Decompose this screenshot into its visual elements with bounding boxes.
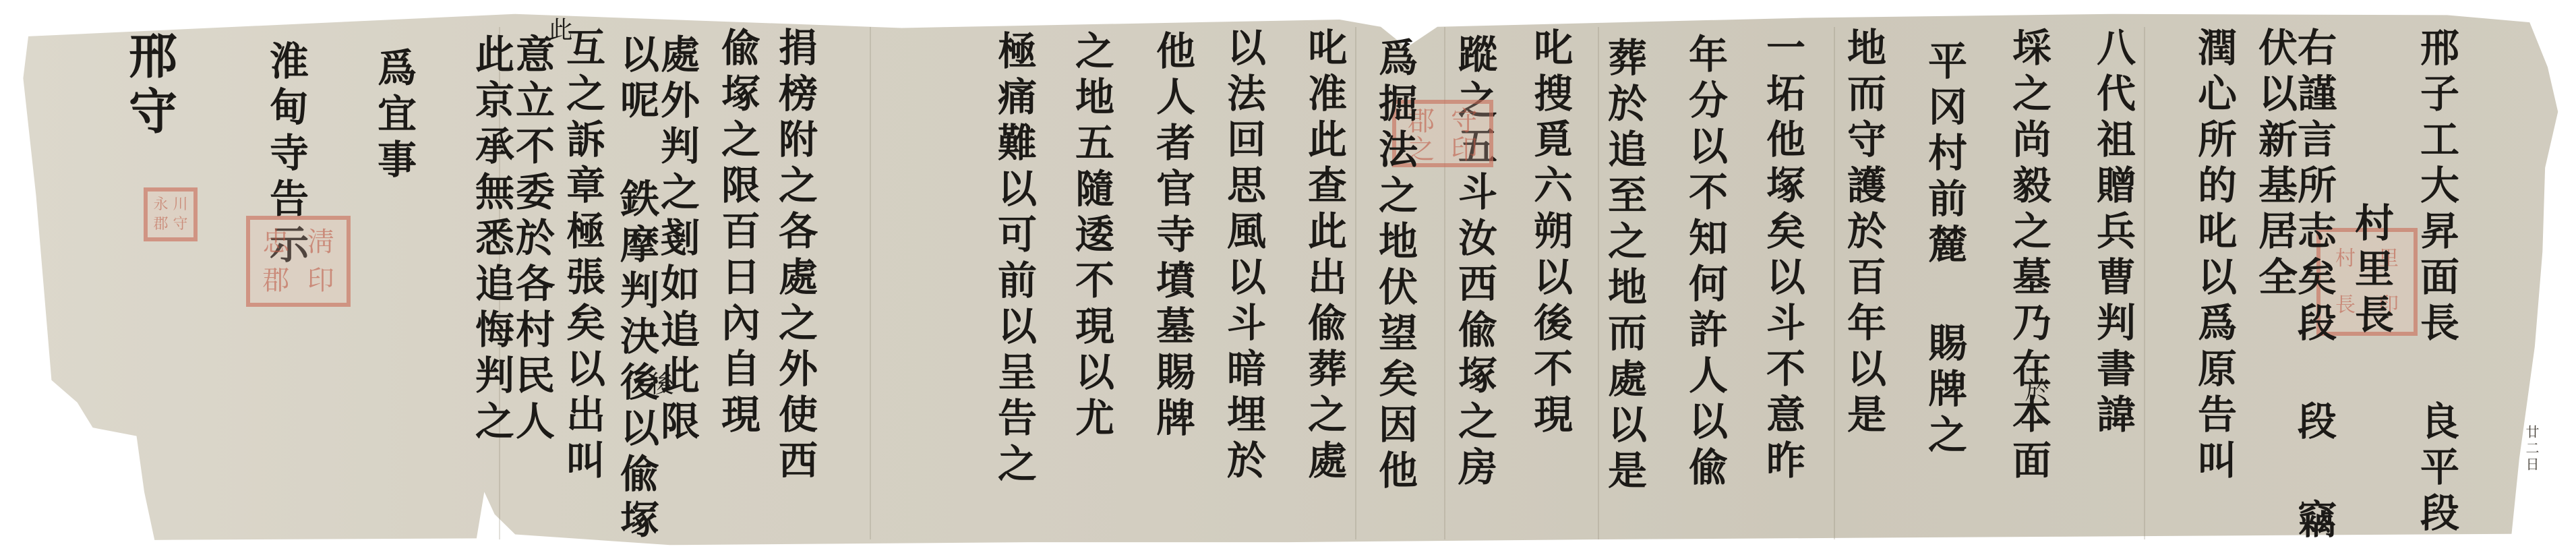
seal-char: 印 (1443, 136, 1485, 163)
seal-char: 川 (171, 196, 189, 214)
text-column: 偸塚之限百日內自現 (718, 27, 757, 440)
seal-char: 忠 (254, 224, 298, 261)
fold-line (870, 27, 871, 539)
text-column: 他人者官寺墳墓賜牌 (1153, 30, 1192, 443)
text-column: 以呢 鉄摩判決後以偸塚 (617, 34, 656, 545)
seal-char: 守 (171, 215, 189, 233)
date-annotation: 廿二日 (2525, 425, 2538, 473)
text-column: 潤心所的叱以爲原告叫 (2194, 27, 2234, 486)
text-column: 一坧他塚矣以斗不意昨 (1763, 27, 1802, 486)
interlinear-note: 此 (546, 17, 570, 47)
closing-phrase: 爲宜事 (374, 47, 413, 185)
text-column: 葬於追至之地而處以是 (1605, 37, 1644, 496)
fold-line (1834, 27, 1835, 539)
seal-char: 守 (1443, 108, 1485, 135)
seal-char: 郡 (254, 262, 298, 299)
seal-char: 印 (299, 262, 343, 299)
text-column: 右謹言所志矣段 段 竊伏以新基居全 (2255, 27, 2333, 559)
text-column: 叱准此查此出偸葬之處 (1305, 27, 1344, 486)
text-column: 埰之尚毅之墓乃在本面 (2009, 27, 2048, 486)
text-column: 之地五隨逶不現以尤 (1072, 30, 1111, 443)
text-column: 爲掘法之地伏望矣因他 (1375, 37, 1414, 496)
text-column: 年分以不知何許人以偸 (1685, 34, 1725, 492)
text-column: 此京承無悉追悔判之 (472, 34, 511, 446)
fold-line (1355, 27, 1356, 539)
fold-line (1598, 27, 1599, 539)
interlinear-note: 於 (2023, 378, 2047, 407)
text-column: 極痛難以可前以呈告之 (994, 30, 1034, 489)
seal-char: 永 (152, 196, 170, 214)
text-column: 八代祖贈兵曹判書諱 (2093, 27, 2132, 440)
seal-char: 郡 (152, 215, 170, 233)
text-column: 以法回思風以斗暗埋於 (1224, 27, 1263, 486)
seal-magistrate: 忠 淸 郡 印 (246, 216, 351, 307)
text-column: 互之訴章極張矣以出叫 (563, 27, 602, 486)
document-stage: 廿二日 邢子工大昇面長 良平段 村 里 長 印 村里長 右謹言所志矣段 段 竊伏… (0, 0, 2576, 559)
text-column: 平冈村前麓 賜牌之 (1925, 40, 1964, 460)
village-head-label: 村里長 (2352, 202, 2391, 340)
fold-line (2144, 27, 2145, 539)
signature: 邢守 (125, 30, 173, 141)
interlinear-note: 後 (647, 371, 671, 401)
text-column: 地而守護於百年以是 (1844, 27, 1883, 440)
text-column: 意立不委於各村民人 (512, 34, 551, 446)
seal-small: 永 川 郡 守 (144, 187, 198, 241)
text-column: 捐榜附之各處之外使西 (775, 27, 814, 486)
recipient-line: 邢子工大昇面長 良平段 (2417, 27, 2456, 538)
seal-char: 淸 (299, 224, 343, 261)
text-column: 叱搜覓六朔以後不現 (1530, 27, 1569, 440)
